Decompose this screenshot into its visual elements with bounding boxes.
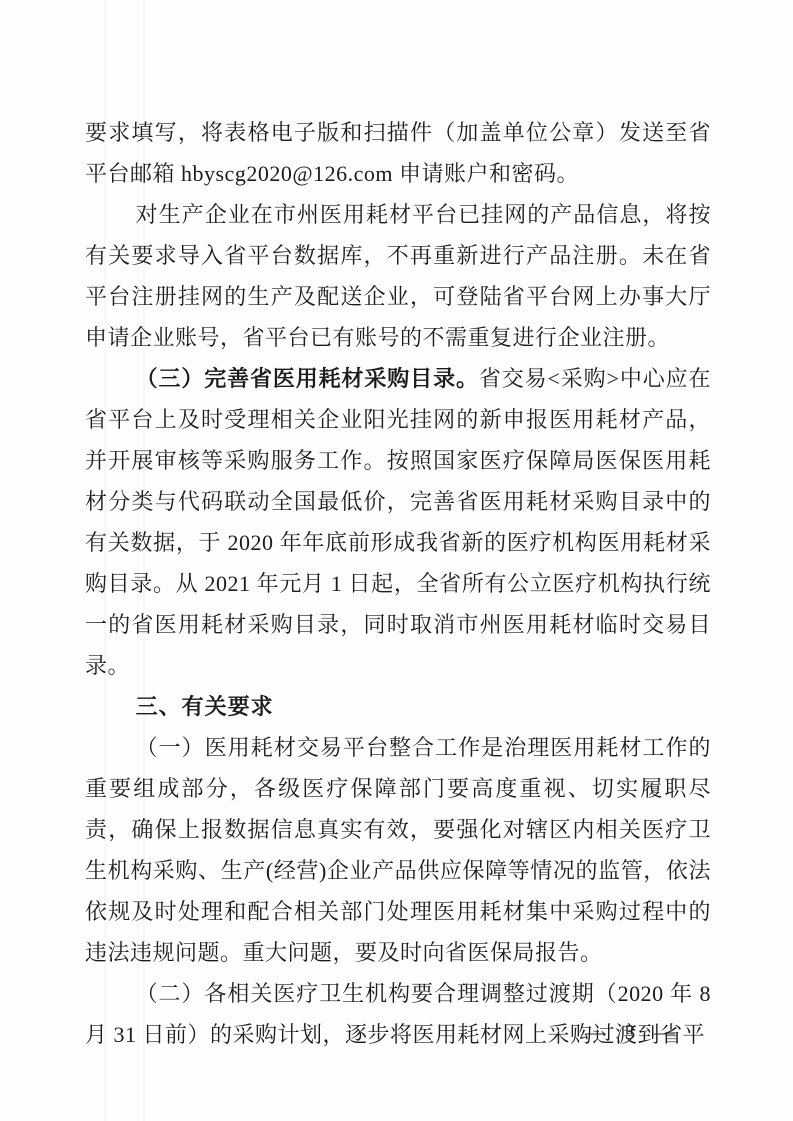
document-body: 要求填写，将表格电子版和扫描件（加盖单位公章）发送至省平台邮箱 hbyscg20… <box>85 112 711 1055</box>
footer-page-number: 3 <box>621 1020 640 1045</box>
paragraph-item3: （三）完善省医用耗材采购目录。省交易<采购>中心应在省平台上及时受理相关企业阳光… <box>85 358 711 686</box>
document-page: 要求填写，将表格电子版和扫描件（加盖单位公章）发送至省平台邮箱 hbyscg20… <box>0 0 793 1121</box>
section3-heading: 三、有关要求 <box>85 686 711 727</box>
paragraph-continuation: 要求填写，将表格电子版和扫描件（加盖单位公章）发送至省平台邮箱 hbyscg20… <box>85 112 711 194</box>
item3-body-text: 省交易<采购>中心应在省平台上及时受理相关企业阳光挂网的新申报医用耗材产品，并开… <box>85 366 711 678</box>
paragraph-product-info: 对生产企业在市州医用耗材平台已挂网的产品信息，将按有关要求导入省平台数据库，不再… <box>85 194 711 358</box>
section3-heading-text: 三、有关要求 <box>136 694 274 719</box>
footer-right-dash: — <box>654 1020 675 1045</box>
requirement1-text: （一）医用耗材交易平台整合工作是治理医用耗材工作的重要组成部分，各级医疗保障部门… <box>85 735 711 965</box>
paragraph-product-info-text: 对生产企业在市州医用耗材平台已挂网的产品信息，将按有关要求导入省平台数据库，不再… <box>85 202 711 350</box>
paragraph-continuation-text: 要求填写，将表格电子版和扫描件（加盖单位公章）发送至省平台邮箱 hbyscg20… <box>85 120 711 186</box>
page-number: — 3 — <box>585 1020 675 1045</box>
item3-title: （三）完善省医用耗材采购目录。 <box>136 366 479 391</box>
footer-left-dash: — <box>585 1020 606 1045</box>
paragraph-requirement1: （一）医用耗材交易平台整合工作是治理医用耗材工作的重要组成部分，各级医疗保障部门… <box>85 727 711 973</box>
